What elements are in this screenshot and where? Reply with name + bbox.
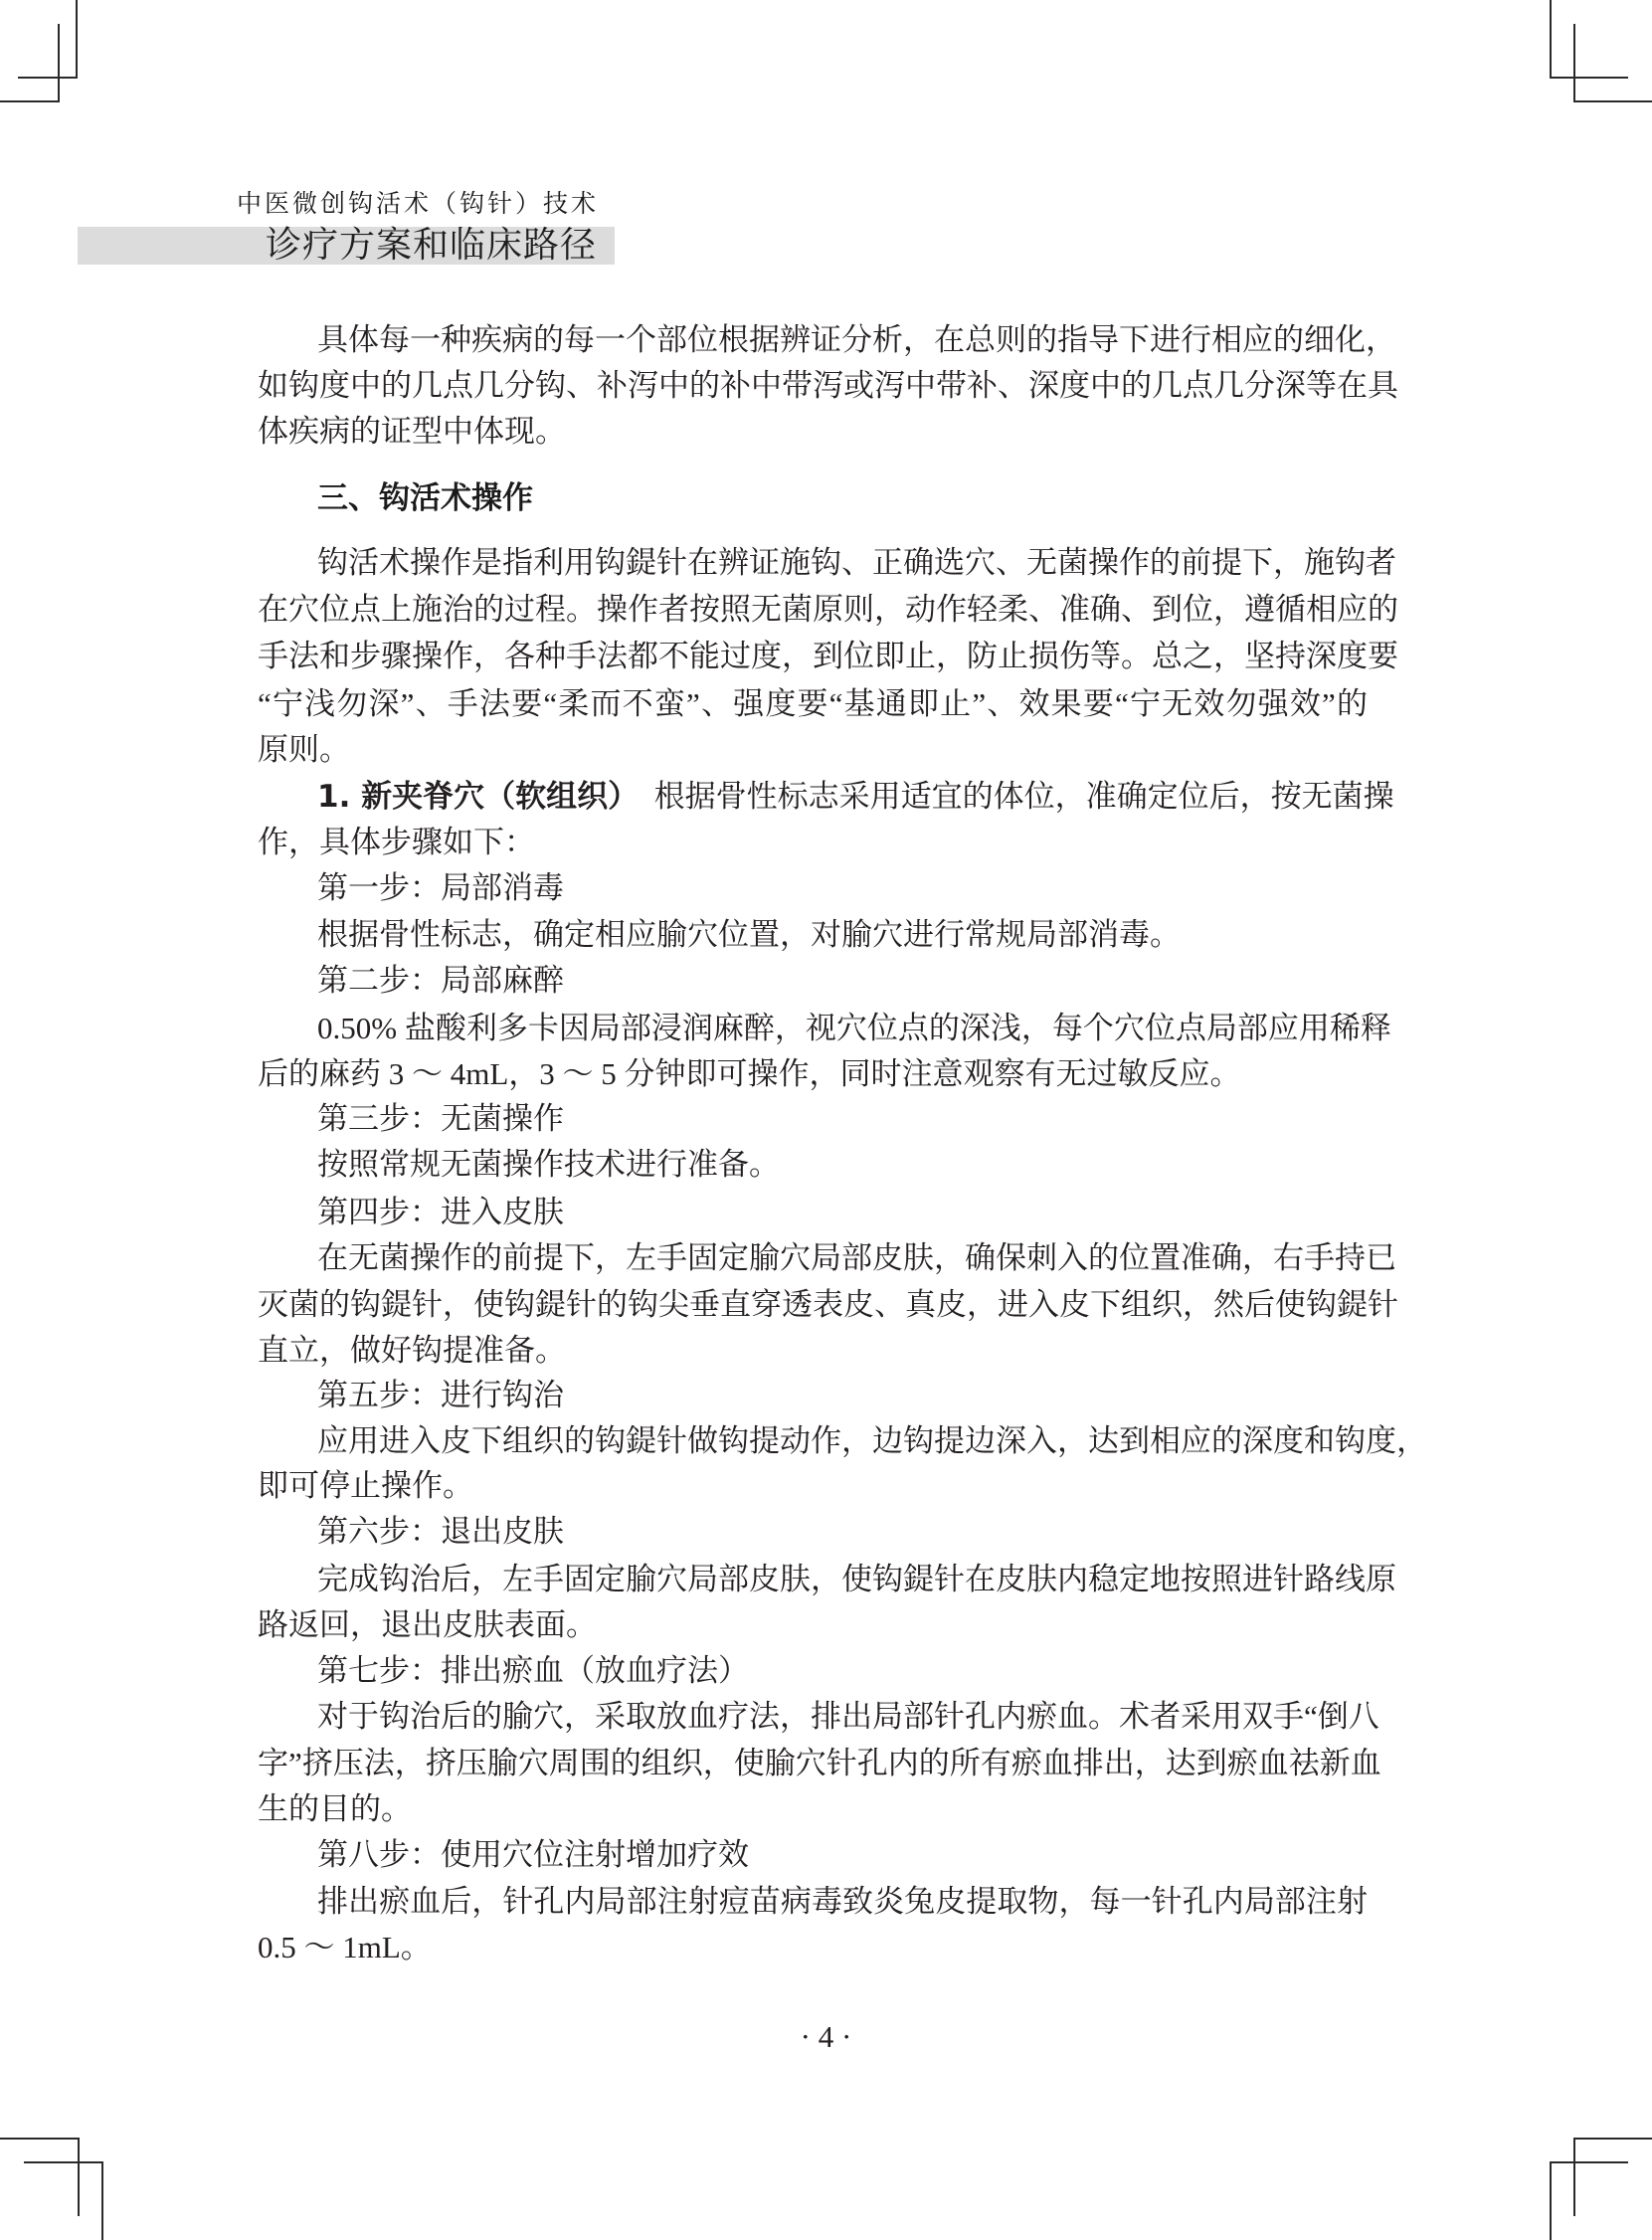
- paragraph-line: 具体每一种疾病的每一个部位根据辨证分析，在总则的指导下进行相应的细化，: [317, 316, 1368, 363]
- paragraph-line: 灭菌的钩鍉针，使钩鍉针的钩尖垂直穿透表皮、真皮，进入皮下组织，然后使钩鍉针: [258, 1281, 1368, 1328]
- paragraph-line: 直立，做好钩提准备。: [258, 1327, 1368, 1374]
- step-title: 第二步：局部麻醉: [317, 957, 1368, 1004]
- header-band: 诊疗方案和临床路径: [78, 227, 615, 265]
- step-title: 第七步：排出瘀血（放血疗法）: [317, 1647, 1368, 1694]
- paragraph-line: 手法和步骤操作，各种手法都不能过度，到位即止，防止损伤等。总之，坚持深度要: [258, 633, 1368, 679]
- item-label: 1. 新夹脊穴（软组织）: [317, 779, 639, 815]
- paragraph-line: 作，具体步骤如下：: [258, 819, 1368, 865]
- paragraph-line: 完成钩治后，左手固定腧穴局部皮肤，使钩鍉针在皮肤内稳定地按照进针路线原: [317, 1556, 1368, 1602]
- paragraph-line: “宁浅勿深”、手法要“柔而不蛮”、强度要“基通即止”、效果要“宁无效勿强效”的: [258, 680, 1368, 727]
- step-title: 第八步：使用穴位注射增加疗效: [317, 1831, 1368, 1878]
- crop-mark: [24, 2161, 103, 2163]
- crop-mark: [1573, 24, 1575, 102]
- item-heading-line: 1. 新夹脊穴（软组织） 根据骨性标志采用适宜的体位，准确定位后，按无菌操: [317, 773, 1368, 820]
- section-heading: 三、钩活术操作: [317, 475, 533, 522]
- step-title: 第五步：进行钩治: [317, 1372, 1368, 1418]
- step-title: 第一步：局部消毒: [317, 864, 1368, 911]
- paragraph-line: 如钩度中的几点几分钩、补泻中的补中带泻或泻中带补、深度中的几点几分深等在具: [258, 362, 1368, 409]
- paragraph-line: 排出瘀血后，针孔内局部注射痘苗病毒致炎兔皮提取物，每一针孔内局部注射: [317, 1878, 1368, 1925]
- paragraph-line: 应用进入皮下组织的钩鍉针做钩提动作，边钩提边深入，达到相应的深度和钩度，: [317, 1417, 1368, 1464]
- book-subtitle: 诊疗方案和临床路径: [266, 224, 597, 268]
- paragraph-line: 在穴位点上施治的过程。操作者按照无菌原则，动作轻柔、准确、到位，遵循相应的: [258, 586, 1368, 633]
- paragraph-line: 钩活术操作是指利用钩鍉针在辨证施钩、正确选穴、无菌操作的前提下，施钩者: [317, 539, 1368, 586]
- crop-mark: [18, 77, 78, 79]
- crop-mark: [1573, 100, 1652, 102]
- crop-mark: [0, 100, 60, 102]
- paragraph-line: 体疾病的证型中体现。: [258, 408, 1368, 455]
- page-number: · 4 ·: [0, 2013, 1652, 2060]
- step-title: 第三步：无菌操作: [317, 1095, 1368, 1142]
- item-text: 根据骨性标志采用适宜的体位，准确定位后，按无菌操: [654, 779, 1394, 814]
- book-title: 中医微创钩活术（钩针）技术: [199, 189, 599, 219]
- step-title: 第四步：进入皮肤: [317, 1189, 1368, 1235]
- paragraph-line: 原则。: [258, 726, 1368, 773]
- paragraph-line: 生的目的。: [258, 1785, 1368, 1832]
- crop-mark: [0, 2138, 80, 2140]
- crop-mark: [1550, 0, 1552, 79]
- crop-mark: [1573, 2138, 1575, 2216]
- crop-mark: [1550, 77, 1628, 79]
- paragraph-line: 路返回，退出皮肤表面。: [258, 1601, 1368, 1648]
- crop-mark: [78, 2138, 80, 2216]
- crop-mark: [58, 24, 60, 102]
- paragraph-line: 在无菌操作的前提下，左手固定腧穴局部皮肤，确保刺入的位置准确，右手持已: [317, 1234, 1368, 1281]
- paragraph-line: 0.50% 盐酸利多卡因局部浸润麻醉，视穴位点的深浅，每个穴位点局部应用稀释: [317, 1005, 1368, 1051]
- paragraph-line: 对于钩治后的腧穴，采取放血疗法，排出局部针孔内瘀血。术者采用双手“倒八: [317, 1693, 1368, 1740]
- crop-mark: [1573, 2138, 1652, 2140]
- step-title: 第六步：退出皮肤: [317, 1508, 1368, 1555]
- paragraph-line: 字”挤压法，挤压腧穴周围的组织，使腧穴针孔内的所有瘀血排出，达到瘀血祛新血: [258, 1740, 1368, 1786]
- paragraph-line: 根据骨性标志，确定相应腧穴位置，对腧穴进行常规局部消毒。: [317, 911, 1368, 958]
- crop-mark: [1550, 2161, 1552, 2240]
- paragraph-line: 0.5 ～ 1mL。: [258, 1924, 1368, 1970]
- crop-mark: [1550, 2161, 1628, 2163]
- crop-mark: [101, 2161, 103, 2240]
- paragraph-line: 按照常规无菌操作技术进行准备。: [317, 1141, 1368, 1188]
- paragraph-line: 即可停止操作。: [258, 1462, 1368, 1509]
- paragraph-line: 后的麻药 3 ～ 4mL，3 ～ 5 分钟即可操作，同时注意观察有无过敏反应。: [258, 1050, 1368, 1097]
- crop-mark: [76, 0, 78, 79]
